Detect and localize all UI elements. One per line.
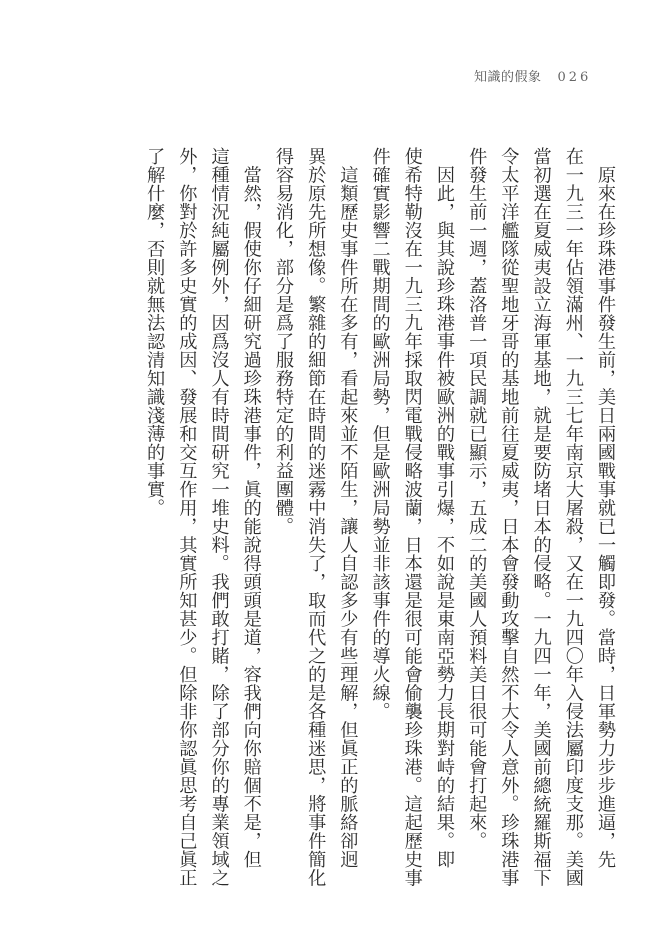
- text-column: 原來在珍珠港事件發生前，美日兩國戰事就已一觸即發。當時，日軍勢力步步進逼，先: [589, 147, 621, 877]
- text-column: 在一九三一年佔領滿州、一九三七年南京大屠殺，又在一九四〇年入侵法屬印度支那。美國: [557, 147, 589, 877]
- text-column: 異於原先所想像。繁雜的細節在時間的迷霧中消失了，取而代之的是各種迷思，將事件簡化: [299, 147, 331, 877]
- text-column: 當初選在夏威夷設立海軍基地，就是要防堵日本的侵略。一九四一年，美國前總統羅斯福下: [524, 147, 556, 877]
- text-column: 當然，假使你仔細研究過珍珠港事件，眞的能說得頭頭是道，容我們向你賠個不是，但: [235, 147, 267, 877]
- text-column: 這類歷史事件所在多有，看起來並不陌生，讓人自認多少有些理解，但眞正的脈絡卻迥: [331, 147, 363, 877]
- text-column: 使希特勒沒在一九三九年採取閃電戰侵略波蘭，日本還是很可能會偷襲珍珠港。這起歷史事: [396, 147, 428, 877]
- running-head: 知識的假象026: [474, 66, 591, 85]
- text-column: 令太平洋艦隊從聖地牙哥的基地前往夏威夷，日本會發動攻擊自然不大令人意外。珍珠港事: [492, 147, 524, 877]
- book-page: 知識的假象026 原來在珍珠港事件發生前，美日兩國戰事就已一觸即發。當時，日軍勢…: [0, 0, 663, 932]
- text-column: 得容易消化，部分是爲了服務特定的利益團體。: [267, 147, 299, 877]
- text-column: 因此，與其說珍珠港事件被歐洲的戰事引爆，不如說是東南亞勢力長期對峙的結果。即: [428, 147, 460, 877]
- body-text: 原來在珍珠港事件發生前，美日兩國戰事就已一觸即發。當時，日軍勢力步步進逼，先 在…: [138, 147, 621, 877]
- text-column: 件發生前一週，蓋洛普一項民調就已顯示，五成二的美國人預料美日很可能會打起來。: [460, 147, 492, 877]
- book-title: 知識的假象: [474, 70, 542, 85]
- text-column: 了解什麼，否則就無法認清知識淺薄的事實。: [138, 147, 170, 877]
- text-column: 件確實影響二戰期間的歐洲局勢，但是歐洲局勢並非該事件的導火線。: [363, 147, 395, 877]
- text-column: 外，你對於許多史實的成因、發展和交互作用，其實所知甚少。但除非你認眞思考自己眞正: [170, 147, 202, 877]
- text-column: 這種情況純屬例外，因爲沒人有時間研究一堆史料。我們敢打賭，除了部分你的專業領域之: [202, 147, 234, 877]
- page-number: 026: [558, 70, 592, 85]
